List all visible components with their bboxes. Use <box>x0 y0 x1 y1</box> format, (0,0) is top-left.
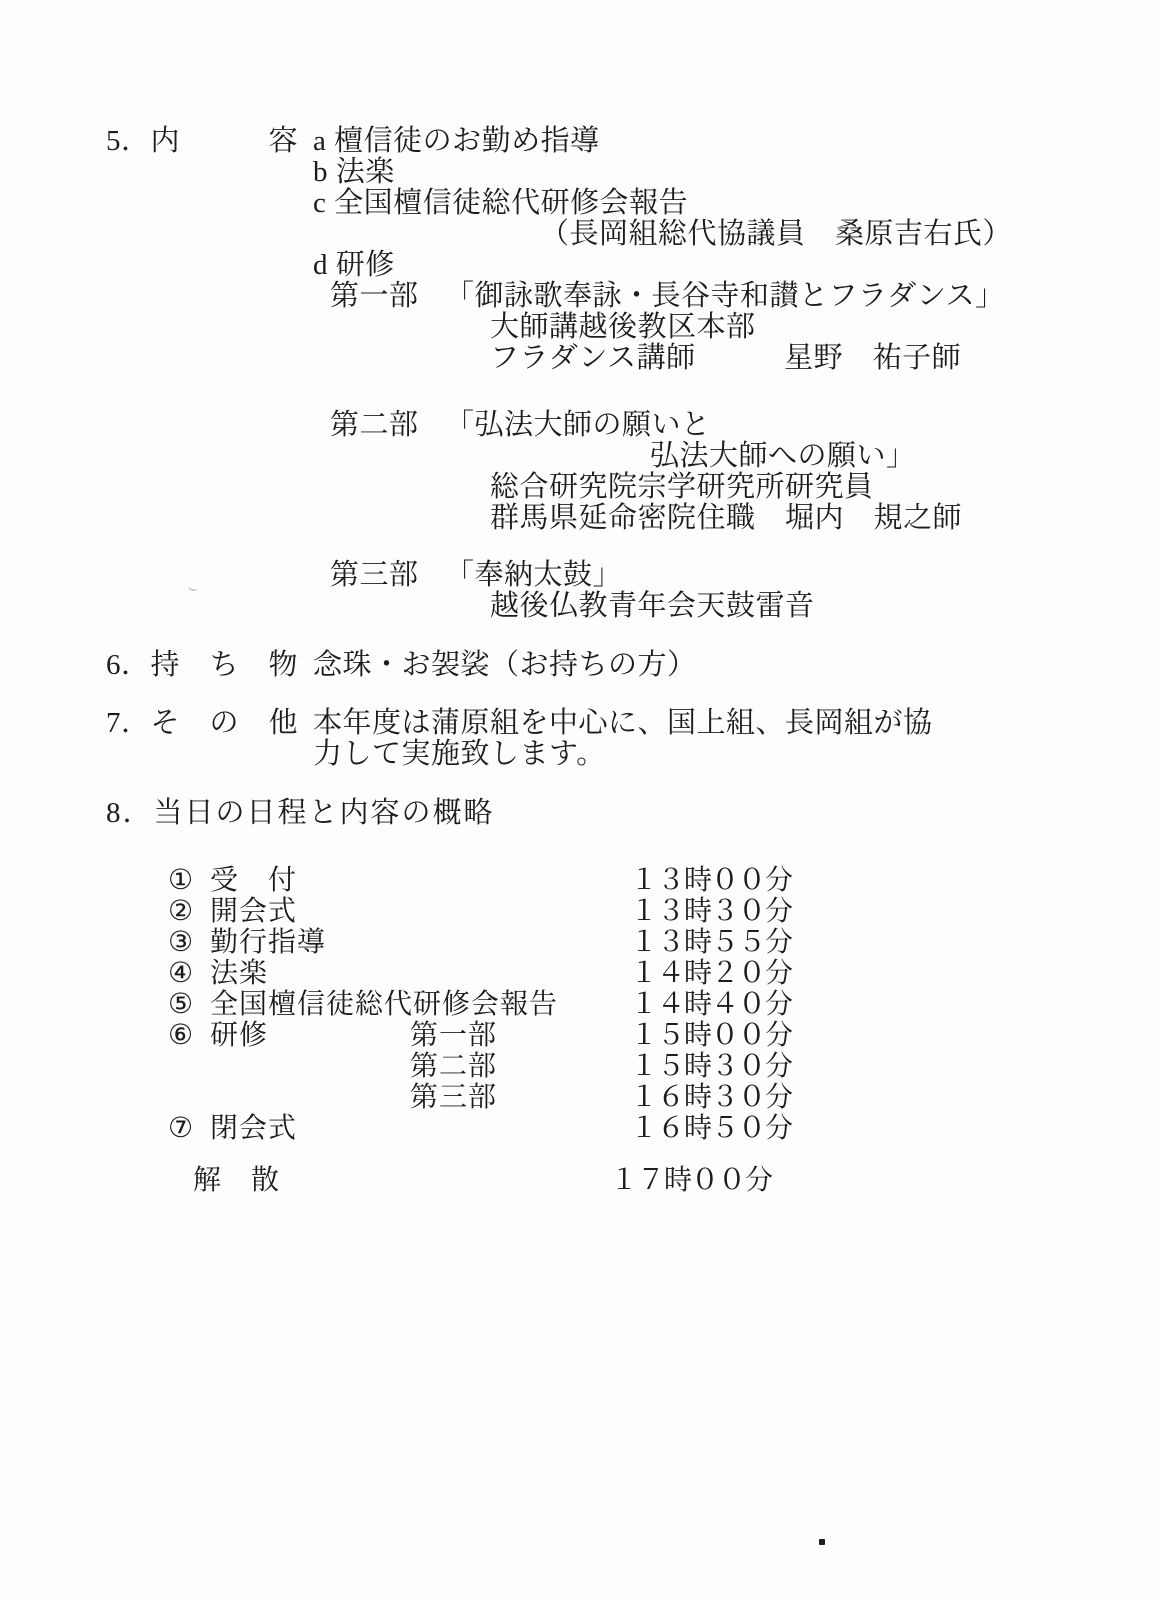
document-content: 5．内 容 a 檀信徒のお勤め指導 b 法楽 c 全国檀信徒総代研修会報告 （長… <box>0 0 1162 1196</box>
schedule-item-number: ⑤ <box>168 989 210 1020</box>
dismissal-block: 解 散 １７時００分 <box>168 1165 1162 1196</box>
part-3: 第三部 「奉納太鼓」 越後仏教青年会天鼓雷音 <box>330 560 1162 622</box>
schedule-item-number: ② <box>168 896 210 927</box>
schedule-item-number: ⑦ <box>168 1113 210 1144</box>
schedule-table: ①受 付 １３時００分 ②開会式 １３時３０分 ③勤行指導 １３時５５分 <box>168 865 1162 1144</box>
schedule-item-label: 閉会式 <box>210 1113 297 1144</box>
part-1: 第一部 「御詠歌奉詠・長谷寺和讃とフラダンス」 大師講越後教区本部 フラダンス講… <box>330 281 1162 374</box>
scan-artifact-dot <box>819 1539 825 1545</box>
schedule-part-label <box>410 865 630 896</box>
schedule-time: １５時００分 <box>630 1020 1162 1051</box>
schedule-part-label: 第一部 <box>410 1020 630 1051</box>
part-2-name: 第二部 <box>330 410 445 441</box>
schedule-time: １６時３０分 <box>630 1082 1162 1113</box>
section-7-heading: 7．そ の 他 <box>106 708 313 770</box>
part-2-title-continued: 弘法大師への願い」 <box>650 441 1162 472</box>
part-2-affiliation: 総合研究院宗学研究所研究員 <box>490 472 1162 503</box>
schedule-item-label: 勤行指導 <box>210 927 326 958</box>
dismissal-spacer <box>410 1165 630 1196</box>
schedule-row: ②開会式 １３時３０分 <box>168 896 1162 927</box>
content-item-a: a 檀信徒のお勤め指導 <box>313 126 1162 157</box>
part-3-performer: 越後仏教青年会天鼓雷音 <box>490 591 1162 622</box>
schedule-row: ①受 付 １３時００分 <box>168 865 1162 896</box>
schedule-item-cell: ③勤行指導 <box>168 927 410 958</box>
schedule-item-label: 開会式 <box>210 896 297 927</box>
schedule-part-label <box>410 927 630 958</box>
schedule-item-label: 法楽 <box>210 958 268 989</box>
schedule-item-label: 研修 <box>210 1020 268 1051</box>
schedule-time: １３時００分 <box>630 865 1162 896</box>
schedule-time: １６時５０分 <box>630 1113 1162 1144</box>
schedule-time: １３時３０分 <box>630 896 1162 927</box>
schedule-row: ③勤行指導 １３時５５分 <box>168 927 1162 958</box>
section-7-text-line-2: 力して実施致します。 <box>313 739 1162 770</box>
scanned-document-page: 5．内 容 a 檀信徒のお勤め指導 b 法楽 c 全国檀信徒総代研修会報告 （長… <box>0 0 1162 1600</box>
training-parts: 第一部 「御詠歌奉詠・長谷寺和讃とフラダンス」 大師講越後教区本部 フラダンス講… <box>330 281 1162 622</box>
schedule-row: ⑤全国檀信徒総代研修会報告 １４時４０分 <box>168 989 1162 1020</box>
part-2-lecturer: 群馬県延命密院住職 堀内 規之師 <box>490 503 1162 534</box>
content-item-b: b 法楽 <box>313 157 1162 188</box>
schedule-item-cell: ⑤全国檀信徒総代研修会報告 <box>168 989 410 1020</box>
schedule-item-cell <box>168 1082 410 1113</box>
schedule-item-number: ⑥ <box>168 1020 210 1051</box>
schedule-part-label <box>410 896 630 927</box>
part-2-title: 「弘法大師の願いと <box>445 410 711 441</box>
schedule-row: ④法楽 １４時２０分 <box>168 958 1162 989</box>
dismissal-row: 解 散 １７時００分 <box>168 1165 1162 1196</box>
schedule-part-label <box>410 1113 630 1144</box>
schedule-item-number: ③ <box>168 927 210 958</box>
part-3-name: 第三部 <box>330 560 445 591</box>
section-6-heading: 6．持 ち 物 <box>106 650 313 681</box>
part-1-head: 第一部 「御詠歌奉詠・長谷寺和讃とフラダンス」 <box>330 281 1162 312</box>
part-1-instructor: フラダンス講師 星野 祐子師 <box>490 343 1162 374</box>
section-5-heading: 5．内 容 <box>106 126 313 622</box>
schedule-row: ⑥研修 第一部 １５時００分 <box>168 1020 1162 1051</box>
section-7-body: 本年度は蒲原組を中心に、国上組、長岡組が協 力して実施致します。 <box>313 708 1162 770</box>
section-8-heading: 8．当日の日程と内容の概略 <box>106 798 1162 829</box>
content-item-d: d 研修 <box>313 250 1162 281</box>
content-item-c: c 全国檀信徒総代研修会報告 <box>313 188 1162 219</box>
section-6: 6．持 ち 物 念珠・お袈裟（お持ちの方） <box>106 650 1162 681</box>
schedule-time: １５時３０分 <box>630 1051 1162 1082</box>
part-2: 第二部 「弘法大師の願いと 弘法大師への願い」 総合研究院宗学研究所研究員 群馬… <box>330 410 1162 534</box>
dismissal-label: 解 散 <box>168 1165 410 1196</box>
part-2-head: 第二部 「弘法大師の願いと <box>330 410 1162 441</box>
section-5: 5．内 容 a 檀信徒のお勤め指導 b 法楽 c 全国檀信徒総代研修会報告 （長… <box>106 126 1162 622</box>
schedule-time: １４時４０分 <box>630 989 1162 1020</box>
schedule-part-label: 第二部 <box>410 1051 630 1082</box>
schedule-part-label: 第三部 <box>410 1082 630 1113</box>
schedule-time: １３時５５分 <box>630 927 1162 958</box>
schedule-item-number: ① <box>168 865 210 896</box>
part-3-head: 第三部 「奉納太鼓」 <box>330 560 1162 591</box>
schedule-item-cell: ⑥研修 <box>168 1020 410 1051</box>
schedule-item-cell: ⑦閉会式 <box>168 1113 410 1144</box>
part-1-name: 第一部 <box>330 281 445 312</box>
schedule-row: ⑦閉会式 １６時５０分 <box>168 1113 1162 1144</box>
part-3-title: 「奉納太鼓」 <box>445 560 622 591</box>
schedule-item-number: ④ <box>168 958 210 989</box>
schedule-item-cell: ④法楽 <box>168 958 410 989</box>
section-5-body: a 檀信徒のお勤め指導 b 法楽 c 全国檀信徒総代研修会報告 （長岡組総代協議… <box>313 126 1162 622</box>
section-6-text: 念珠・お袈裟（お持ちの方） <box>313 650 1162 681</box>
dismissal-time: １７時００分 <box>610 1165 1162 1196</box>
schedule-time: １４時２０分 <box>630 958 1162 989</box>
schedule-row: 第二部 １５時３０分 <box>168 1051 1162 1082</box>
section-7: 7．そ の 他 本年度は蒲原組を中心に、国上組、長岡組が協 力して実施致します。 <box>106 708 1162 770</box>
schedule-item-cell: ①受 付 <box>168 865 410 896</box>
section-7-text-line-1: 本年度は蒲原組を中心に、国上組、長岡組が協 <box>313 708 1162 739</box>
schedule-item-cell: ②開会式 <box>168 896 410 927</box>
schedule-part-label <box>410 989 630 1020</box>
schedule-item-label: 受 付 <box>210 865 297 896</box>
schedule-item-cell <box>168 1051 410 1082</box>
schedule-part-label <box>410 958 630 989</box>
part-1-title: 「御詠歌奉詠・長谷寺和讃とフラダンス」 <box>445 281 1005 312</box>
content-item-c-note: （長岡組総代協議員 桑原吉右氏） <box>540 219 1162 250</box>
part-1-organizer: 大師講越後教区本部 <box>490 312 1162 343</box>
schedule-row: 第三部 １６時３０分 <box>168 1082 1162 1113</box>
